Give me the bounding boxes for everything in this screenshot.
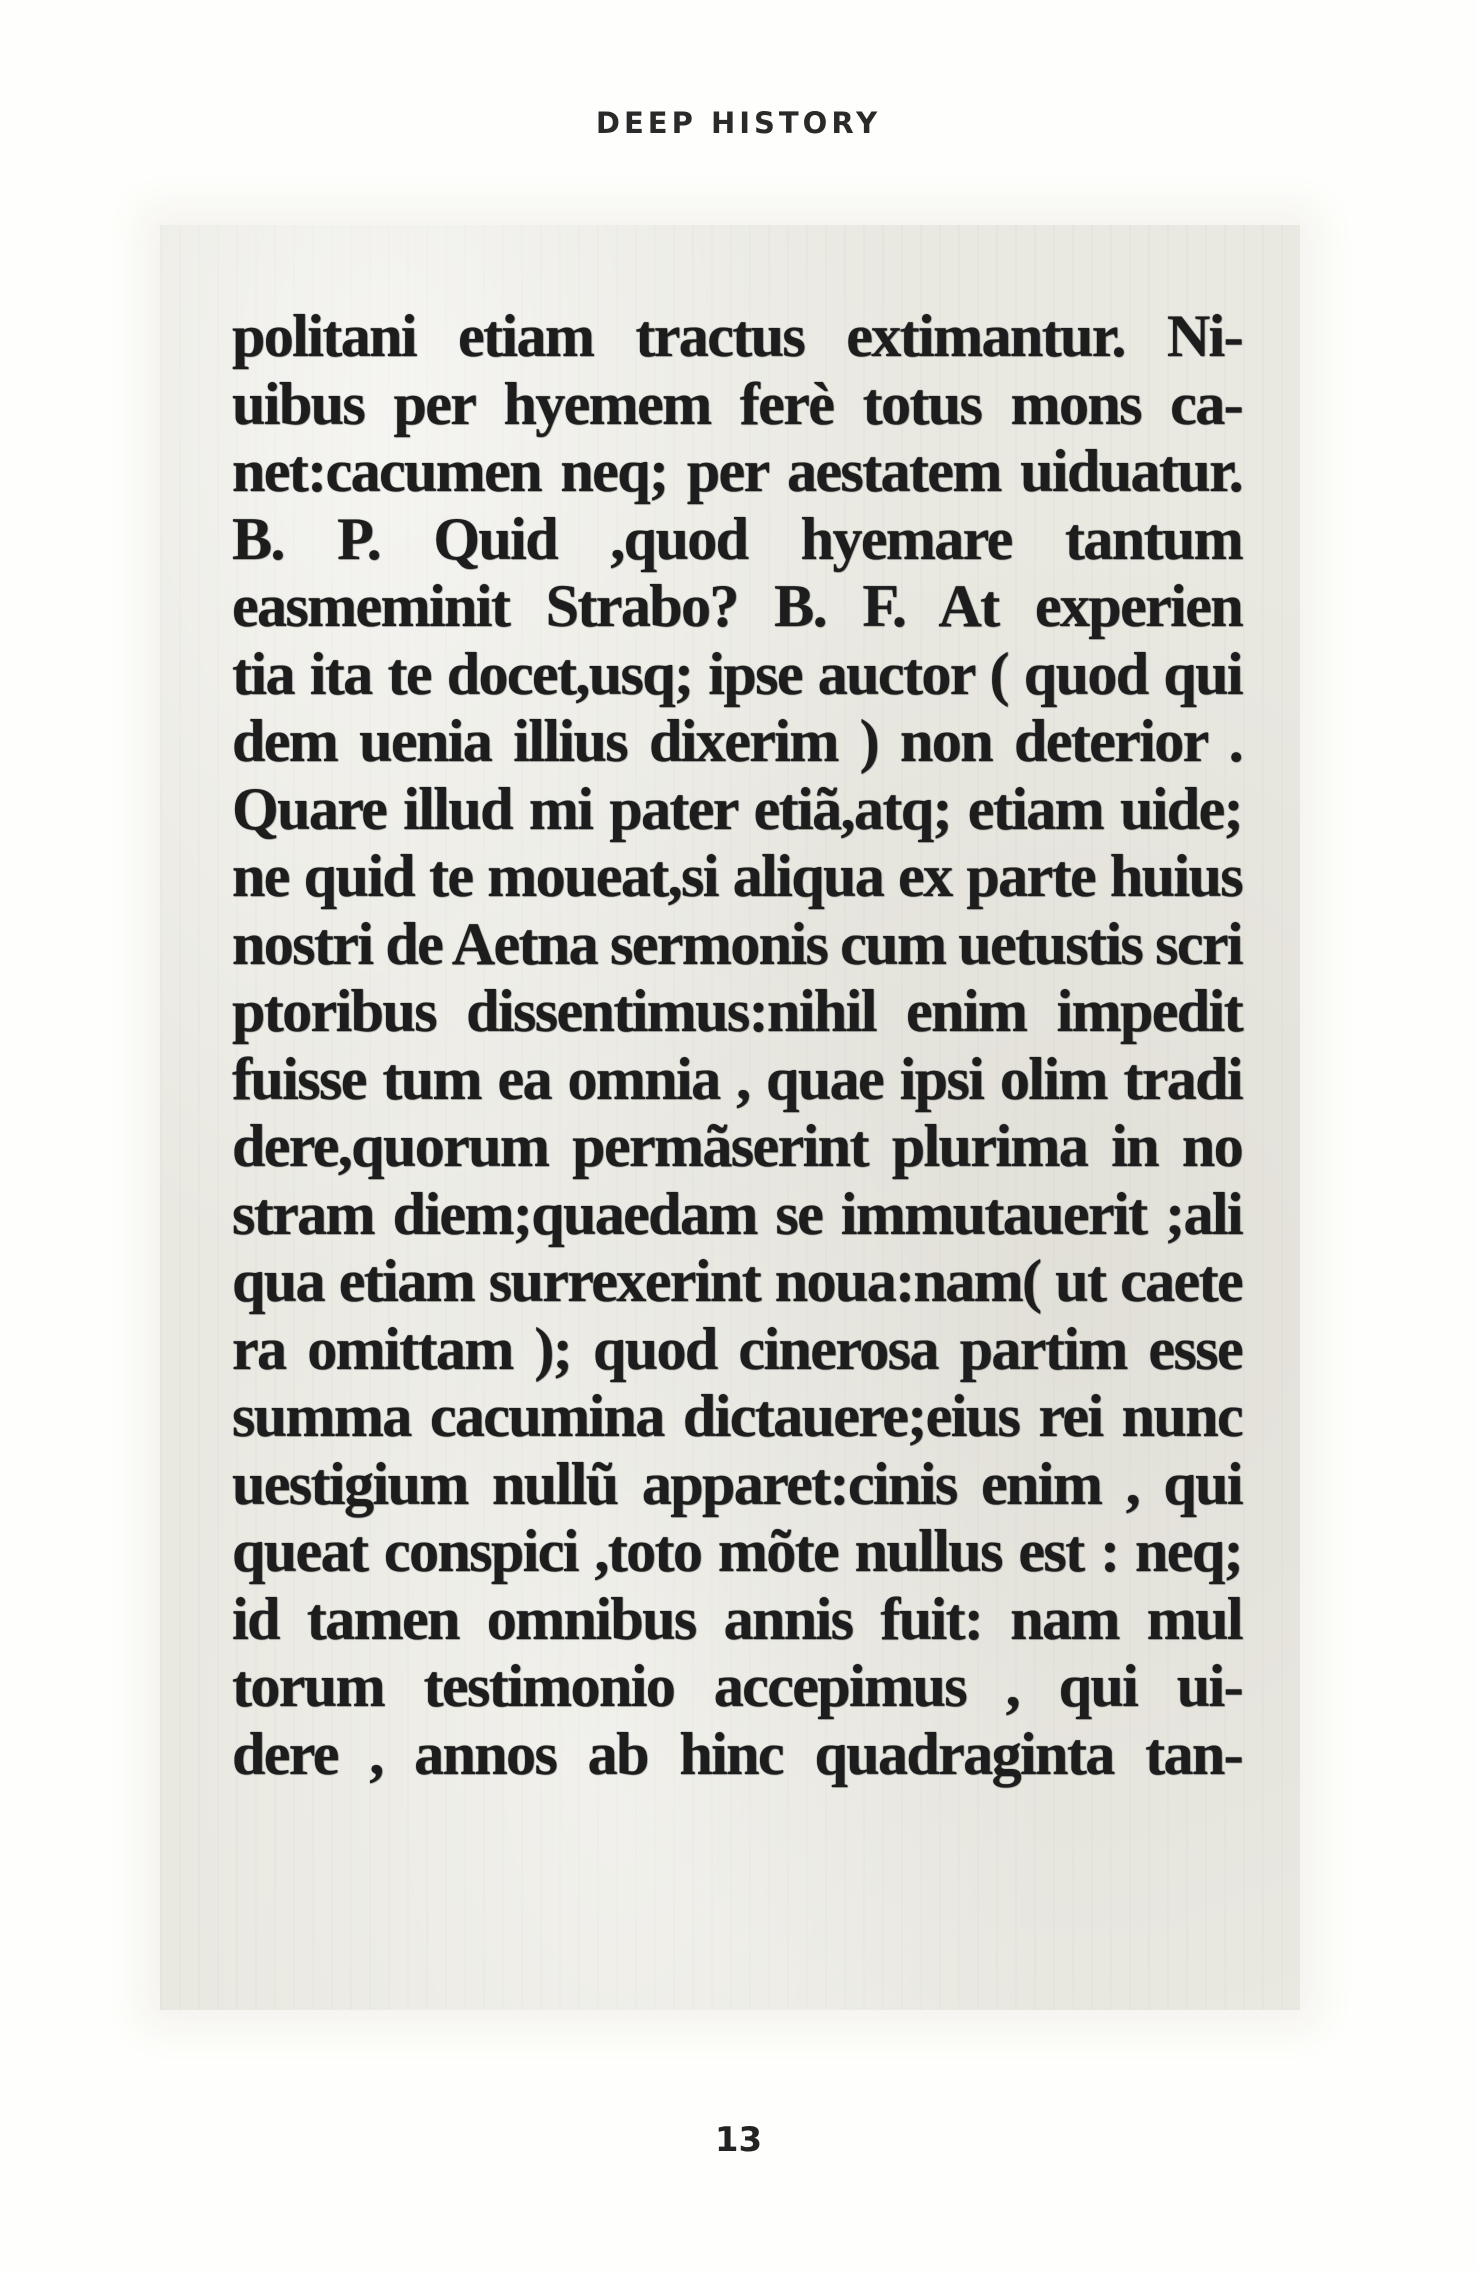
text-line: dere , annos ab hinc quadraginta tan- xyxy=(232,1721,1242,1789)
scanned-text-image: politani etiam tractus extimantur. Ni- u… xyxy=(160,225,1300,2010)
text-line: stram diem;quaedam se immutauerit ;ali xyxy=(232,1181,1242,1249)
running-header: DEEP HISTORY xyxy=(0,106,1477,140)
text-line: uestigium nullũ apparet:cinis enim , qui xyxy=(232,1451,1242,1519)
text-line: fuisse tum ea omnia , quae ipsi olim tra… xyxy=(232,1046,1242,1114)
text-line: ne quid te moueat,si aliqua ex parte hui… xyxy=(232,843,1242,911)
text-line: torum testimonio accepimus , qui ui- xyxy=(232,1653,1242,1721)
text-line: dem uenia illius dixerim ) non deterior … xyxy=(232,708,1242,776)
text-line: Quare illud mi pater etiã,atq; etiam uid… xyxy=(232,776,1242,844)
text-line: qua etiam surrexerint noua:nam( ut caete xyxy=(232,1248,1242,1316)
text-line: summa cacumina dictauere;eius rei nunc xyxy=(232,1383,1242,1451)
text-line: dere,quorum permãserint plurima in no xyxy=(232,1113,1242,1181)
text-line: uibus per hyemem ferè totus mons ca- xyxy=(232,371,1242,439)
text-line: ra omittam ); quod cinerosa partim esse xyxy=(232,1316,1242,1384)
text-line: queat conspici ,toto mõte nullus est : n… xyxy=(232,1518,1242,1586)
text-line: tia ita te docet,usq; ipse auctor ( quod… xyxy=(232,641,1242,709)
text-line: easmeminit Strabo? B. F. At experien xyxy=(232,573,1242,641)
scanned-text-lines: politani etiam tractus extimantur. Ni- u… xyxy=(232,303,1242,1788)
page-number: 13 xyxy=(0,2120,1477,2160)
text-line: B. P. Quid ,quod hyemare tantum xyxy=(232,506,1242,574)
text-line: net:cacumen neq; per aestatem uiduatur. xyxy=(232,438,1242,506)
text-line: nostri de Aetna sermonis cum uetustis sc… xyxy=(232,911,1242,979)
text-line: id tamen omnibus annis fuit: nam mul xyxy=(232,1586,1242,1654)
text-line: ptoribus dissentimus:nihil enim impedit xyxy=(232,978,1242,1046)
text-line: politani etiam tractus extimantur. Ni- xyxy=(232,303,1242,371)
